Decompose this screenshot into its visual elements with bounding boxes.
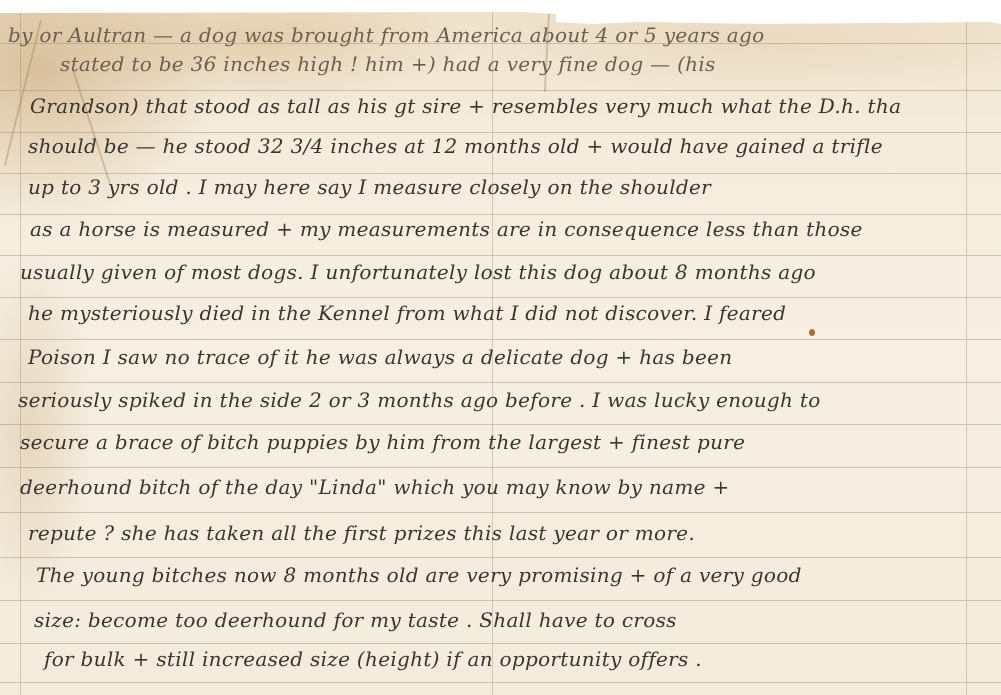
ruled-line [0, 682, 1001, 683]
ruled-line [0, 424, 1001, 425]
aged-paper-sheet: by or Aultran — a dog was brought from A… [0, 10, 1001, 695]
ruled-line [0, 467, 1001, 468]
ruled-line [0, 600, 1001, 601]
text-line-5: up to 3 yrs old . I may here say I measu… [28, 175, 711, 199]
right-margin-line [966, 10, 967, 695]
ink-stain [809, 329, 815, 336]
text-line-2: stated to be 36 inches high ! him +) had… [60, 52, 716, 76]
text-line-14: The young bitches now 8 months old are v… [36, 563, 802, 587]
paper-crease [72, 69, 111, 184]
text-line-13: repute ? she has taken all the first pri… [28, 521, 695, 545]
ruled-line [0, 297, 1001, 298]
text-line-4: should be — he stood 32 3/4 inches at 12… [28, 134, 883, 158]
ruled-line [0, 255, 1001, 256]
text-line-16: for bulk + still increased size (height)… [44, 647, 702, 671]
document-page: by or Aultran — a dog was brought from A… [0, 0, 1001, 695]
ruled-line [0, 512, 1001, 513]
text-line-6: as a horse is measured + my measurements… [30, 217, 863, 241]
ruled-line [0, 214, 1001, 215]
ruled-line [0, 382, 1001, 383]
ruled-line [0, 173, 1001, 174]
text-line-7: usually given of most dogs. I unfortunat… [20, 260, 816, 284]
ruled-line [0, 132, 1001, 133]
ruled-line [0, 339, 1001, 340]
text-line-12: deerhound bitch of the day "Linda" which… [20, 475, 729, 499]
text-line-9: Poison I saw no trace of it he was alway… [28, 345, 732, 369]
ruled-line [0, 90, 1001, 91]
text-line-11: secure a brace of bitch puppies by him f… [20, 430, 745, 454]
margin-line [20, 10, 21, 695]
text-line-3: Grandson) that stood as tall as his gt s… [30, 94, 901, 118]
text-line-10: seriously spiked in the side 2 or 3 mont… [18, 388, 821, 412]
ruled-line [0, 643, 1001, 644]
ruled-line [0, 557, 1001, 558]
text-line-1: by or Aultran — a dog was brought from A… [8, 23, 764, 47]
text-line-8: he mysteriously died in the Kennel from … [28, 301, 786, 325]
text-line-15: size: become too deerhound for my taste … [34, 608, 677, 632]
